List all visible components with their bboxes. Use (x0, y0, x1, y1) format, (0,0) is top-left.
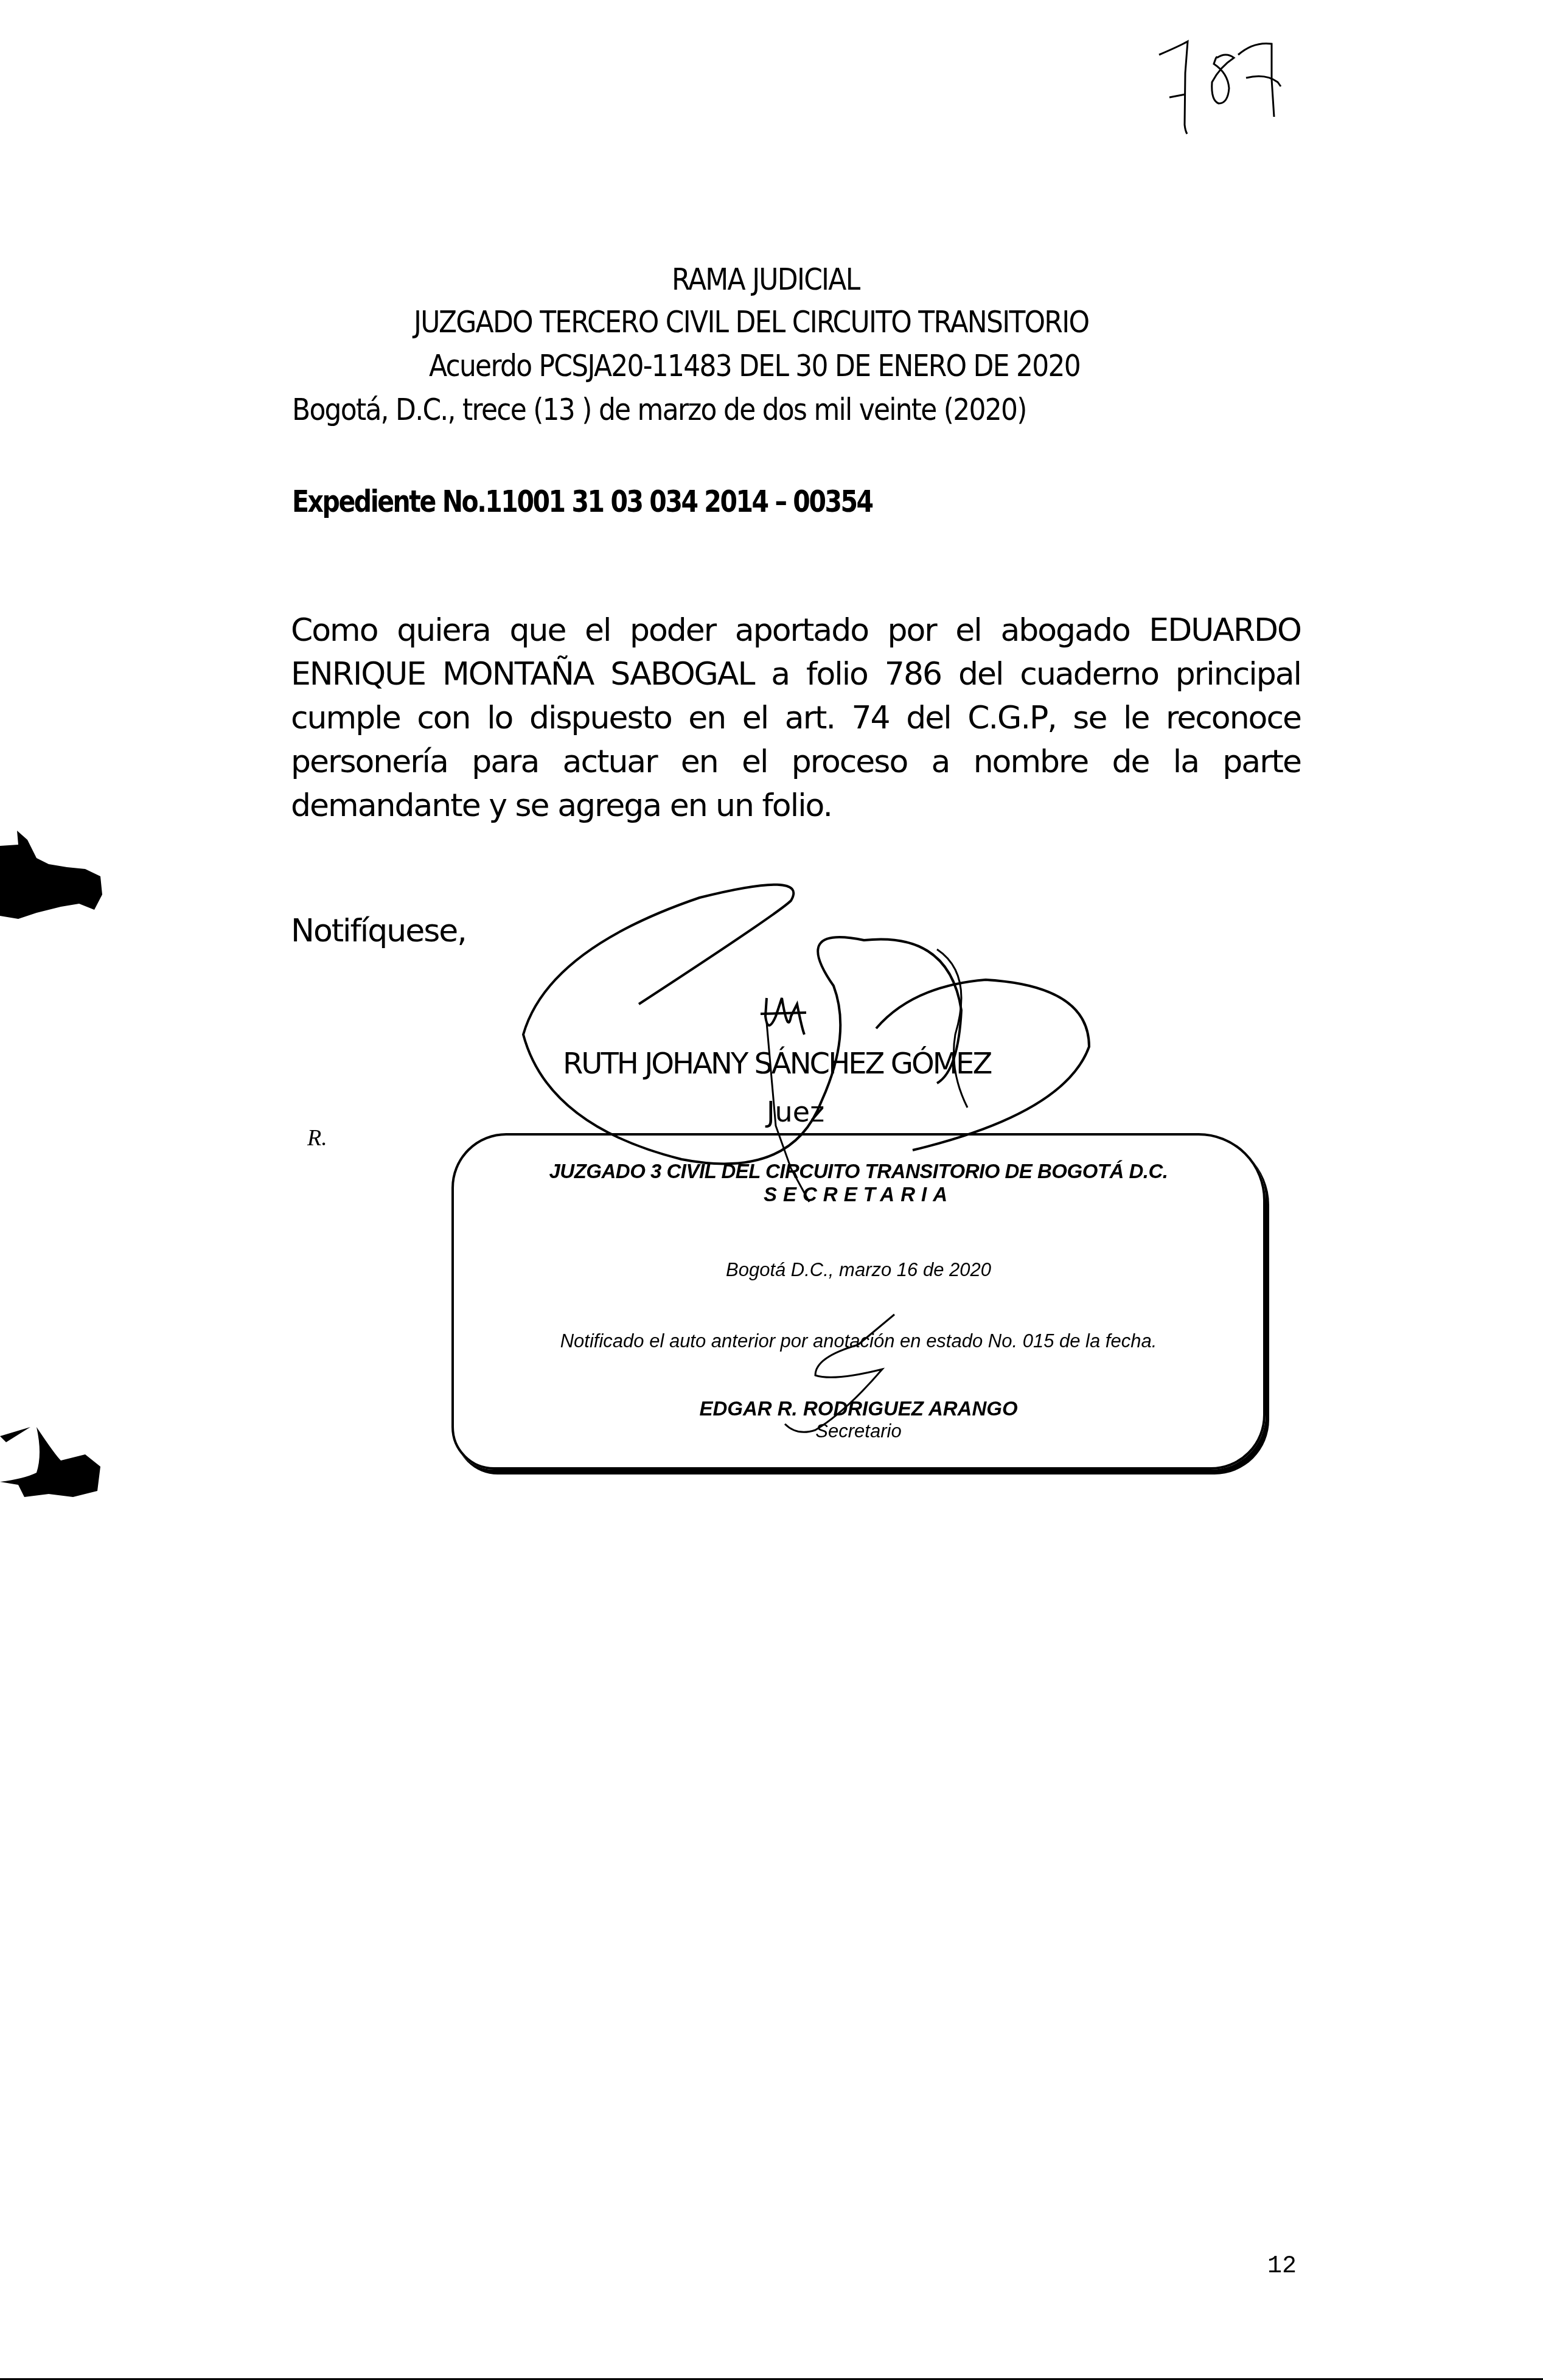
body-paragraph: Como quiera que el poder aportado por el… (291, 609, 1301, 828)
page-number: 12 (1267, 2253, 1297, 2280)
header-date-line: Bogotá, D.C., trece (13 ) de marzo de do… (292, 392, 1026, 427)
case-number: Expediente No.11001 31 03 034 2014 – 003… (292, 484, 873, 519)
secretary-notification-stamp: JUZGADO 3 CIVIL DEL CIRCUITO TRANSITORIO… (451, 1133, 1266, 1470)
scan-artifact-blot (0, 828, 110, 925)
judge-name: RUTH JOHANY SÁNCHEZ GÓMEZ (563, 1047, 991, 1081)
scan-artifact-blot-2 (0, 1418, 110, 1503)
header-rama-judicial: RAMA JUDICIAL (672, 262, 859, 297)
stamp-notice: Notificado el auto anterior por anotació… (454, 1330, 1263, 1352)
judge-role: Juez (767, 1095, 824, 1128)
closing-notifiquese: Notifíquese, (291, 913, 466, 949)
stamp-court: JUZGADO 3 CIVIL DEL CIRCUITO TRANSITORIO… (454, 1160, 1263, 1183)
stamp-date: Bogotá D.C., marzo 16 de 2020 (454, 1259, 1263, 1281)
header-court-name: JUZGADO TERCERO CIVIL DEL CIRCUITO TRANS… (414, 304, 1088, 340)
stamp-secretary-role: Secretario (454, 1420, 1263, 1442)
stamp-secretary-name: EDGAR R. RODRIGUEZ ARANGO (454, 1397, 1263, 1420)
stamp-office: SECRETARIA (454, 1183, 1263, 1206)
header-agreement: Acuerdo PCSJA20-11483 DEL 30 DE ENERO DE… (429, 348, 1080, 383)
handwritten-folio-number (1156, 30, 1290, 140)
typist-initial: R. (307, 1125, 327, 1151)
